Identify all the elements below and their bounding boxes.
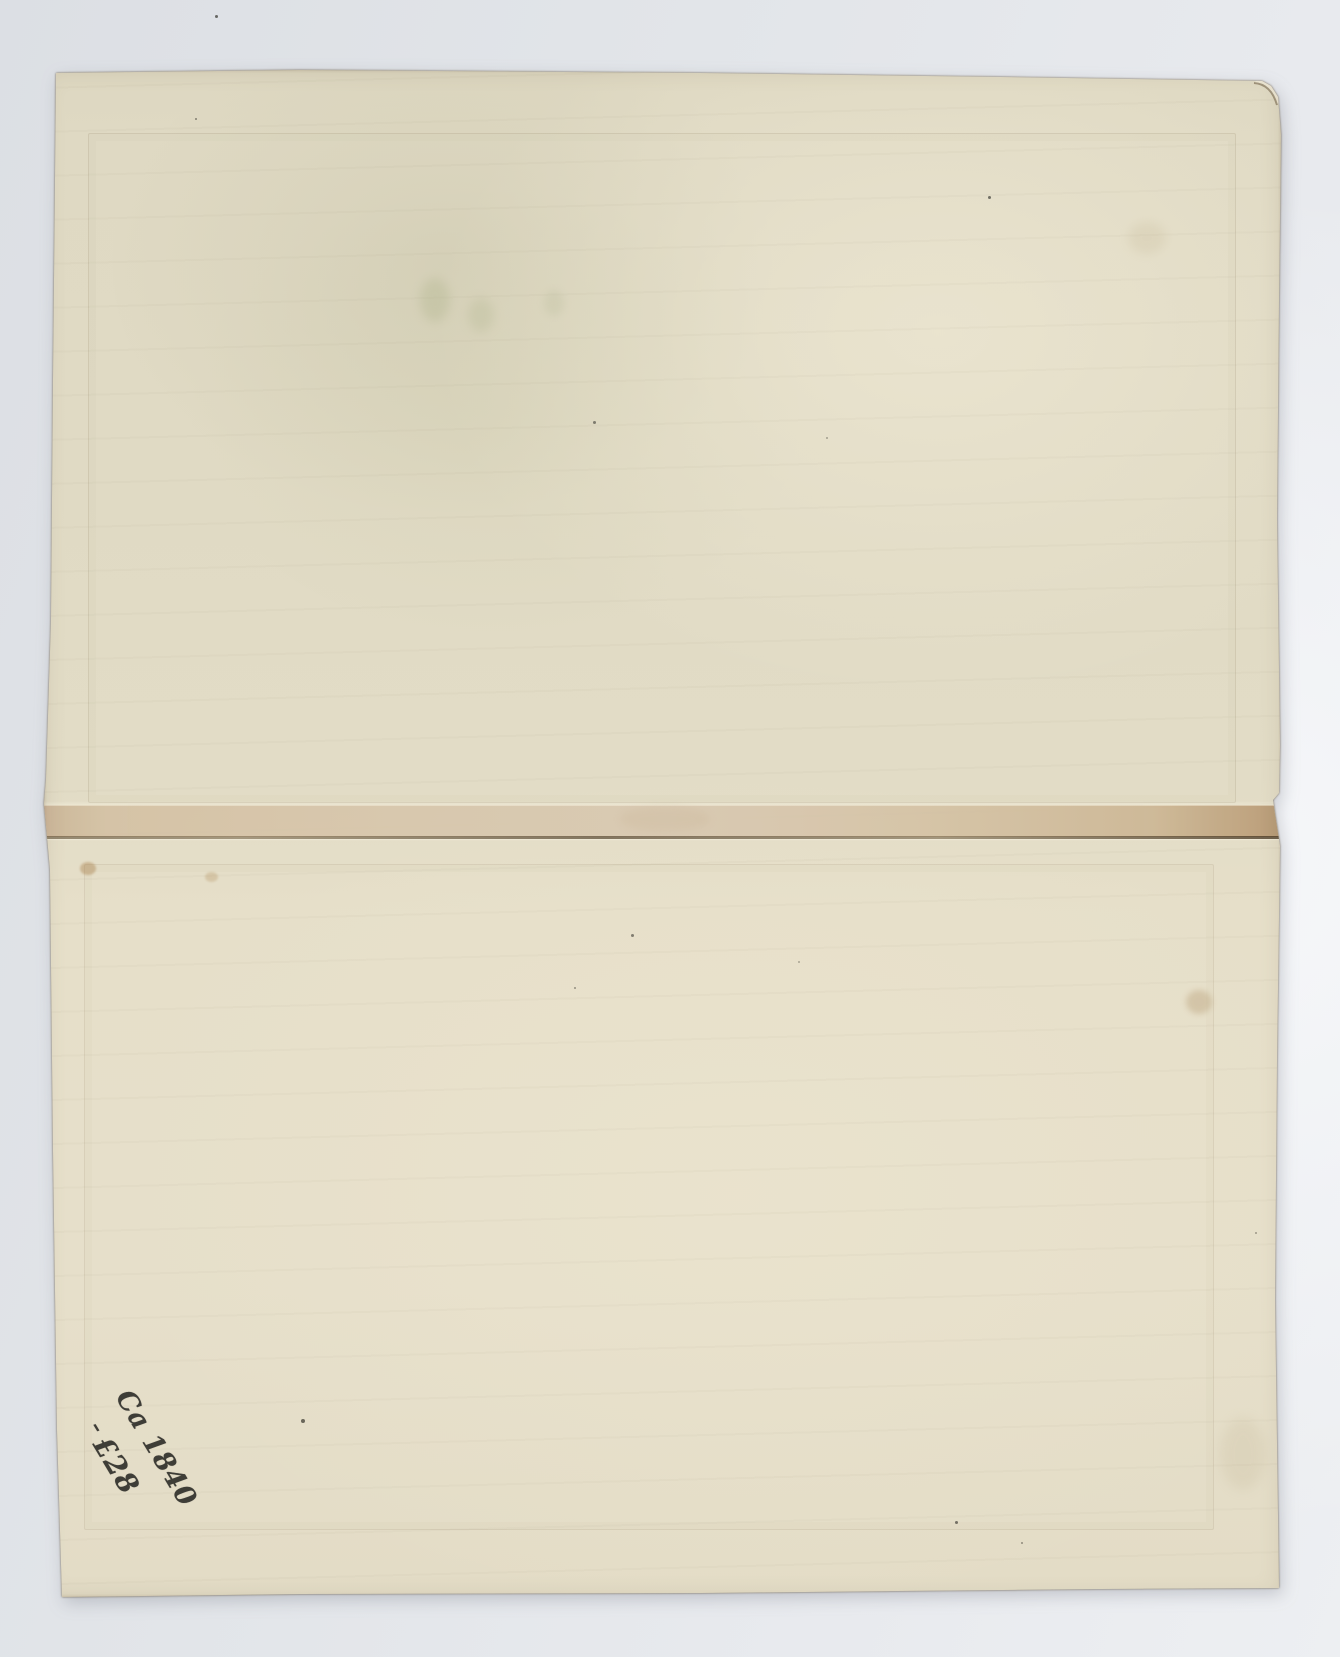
paper-sheet: Ca 1840 –£28 [0, 0, 1340, 1657]
dog-ear-corner-curl [1250, 74, 1286, 108]
paper-shadow: Ca 1840 –£28 [0, 0, 1340, 1657]
handwritten-dash: – [85, 1417, 109, 1436]
plate-mark-bottom [84, 864, 1214, 1530]
fold-crease-line [0, 836, 1340, 839]
plate-mark-top [88, 133, 1236, 803]
photo: Ca 1840 –£28 [0, 0, 1340, 1657]
fold-crease-band [0, 805, 1340, 837]
